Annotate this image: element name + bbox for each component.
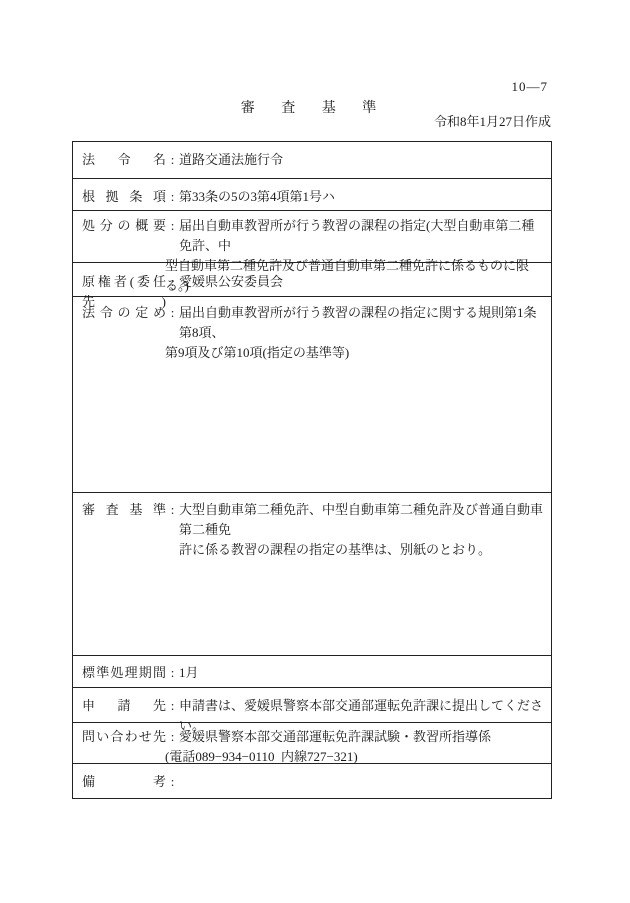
label-separator: :: [166, 696, 179, 716]
row-label: 処 分 の 概 要: [82, 216, 166, 236]
value-line: 許に係る教習の課程の指定の基準は、別紙のとおり。: [179, 540, 545, 560]
row-label: 標準処理期間: [82, 663, 166, 683]
row-value: 愛媛県公安委員会: [179, 272, 545, 292]
label-separator: :: [166, 663, 179, 683]
row-legal-basis: 根 拠 条 項 : 第33条の5の3第4項第1号ハ: [73, 178, 551, 210]
row-review-criteria: 審 査 基 準 : 大型自動車第二種免許、中型自動車第二種免許及び普通自動車第二…: [73, 492, 551, 655]
row-application-destination: 申 請 先 : 申請書は、愛媛県警察本部交通部運転免許課に提出してください。: [73, 687, 551, 722]
row-disposition-summary: 処 分 の 概 要 : 届出自動車教習所が行う教習の課程の指定(大型自動車第二種…: [73, 210, 551, 262]
value-line: 1月: [179, 663, 545, 683]
row-value: 愛媛県警察本部交通部運転免許課試験・教習所指導係 (電話089−934−0110…: [179, 727, 545, 767]
label-separator: :: [166, 150, 179, 170]
page-number: 10—7: [512, 80, 549, 94]
row-label: 法 令 の 定 め: [82, 303, 166, 323]
row-value: 届出自動車教習所が行う教習の課程の指定に関する規則第1条第8項、 第9項及び第1…: [179, 303, 545, 363]
row-standard-processing-period: 標準処理期間 : 1月: [73, 655, 551, 687]
row-value: 大型自動車第二種免許、中型自動車第二種免許及び普通自動車第二種免 許に係る教習の…: [179, 500, 545, 560]
label-separator: :: [166, 727, 179, 747]
row-remarks: 備 考 :: [73, 763, 551, 798]
label-separator: :: [166, 187, 179, 207]
row-label: 備 考: [82, 772, 166, 792]
row-law-name: 法 令 名 : 道路交通法施行令: [73, 142, 551, 178]
value-line: 愛媛県公安委員会: [179, 272, 545, 292]
value-line: 道路交通法施行令: [179, 150, 545, 170]
row-law-provision: 法 令 の 定 め : 届出自動車教習所が行う教習の課程の指定に関する規則第1条…: [73, 296, 551, 492]
row-label: 審 査 基 準: [82, 500, 166, 520]
row-label: 問い合わせ先: [82, 727, 166, 747]
label-separator: :: [166, 303, 179, 323]
row-contact: 問い合わせ先 : 愛媛県警察本部交通部運転免許課試験・教習所指導係 (電話089…: [73, 722, 551, 763]
value-line: 第33条の5の3第4項第1号ハ: [179, 187, 545, 207]
label-separator: :: [166, 500, 179, 520]
row-value: 道路交通法施行令: [179, 150, 545, 170]
value-line: 届出自動車教習所が行う教習の課程の指定に関する規則第1条第8項、: [179, 303, 545, 343]
row-value: 1月: [179, 663, 545, 683]
label-separator: :: [166, 272, 179, 292]
value-line: (電話089−934−0110 内線727−321): [165, 747, 545, 767]
document-page: 10—7 審 査 基 準 令和8年1月27日作成 法 令 名 : 道路交通法施行…: [0, 0, 630, 903]
label-separator: :: [166, 772, 179, 792]
value-line: 届出自動車教習所が行う教習の課程の指定(大型自動車第二種免許、中: [179, 216, 545, 256]
value-line: 第9項及び第10項(指定の基準等): [165, 343, 545, 363]
criteria-table: 法 令 名 : 道路交通法施行令 根 拠 条 項 : 第33条の5の3第4項第1…: [72, 141, 552, 799]
row-value: 第33条の5の3第4項第1号ハ: [179, 187, 545, 207]
value-line: 大型自動車第二種免許、中型自動車第二種免許及び普通自動車第二種免: [179, 500, 545, 540]
label-separator: :: [166, 216, 179, 236]
creation-date: 令和8年1月27日作成: [434, 114, 551, 130]
value-line: 愛媛県警察本部交通部運転免許課試験・教習所指導係: [179, 727, 545, 747]
row-label: 法 令 名: [82, 150, 166, 170]
row-label: 申 請 先: [82, 696, 166, 716]
row-label: 根 拠 条 項: [82, 187, 166, 207]
